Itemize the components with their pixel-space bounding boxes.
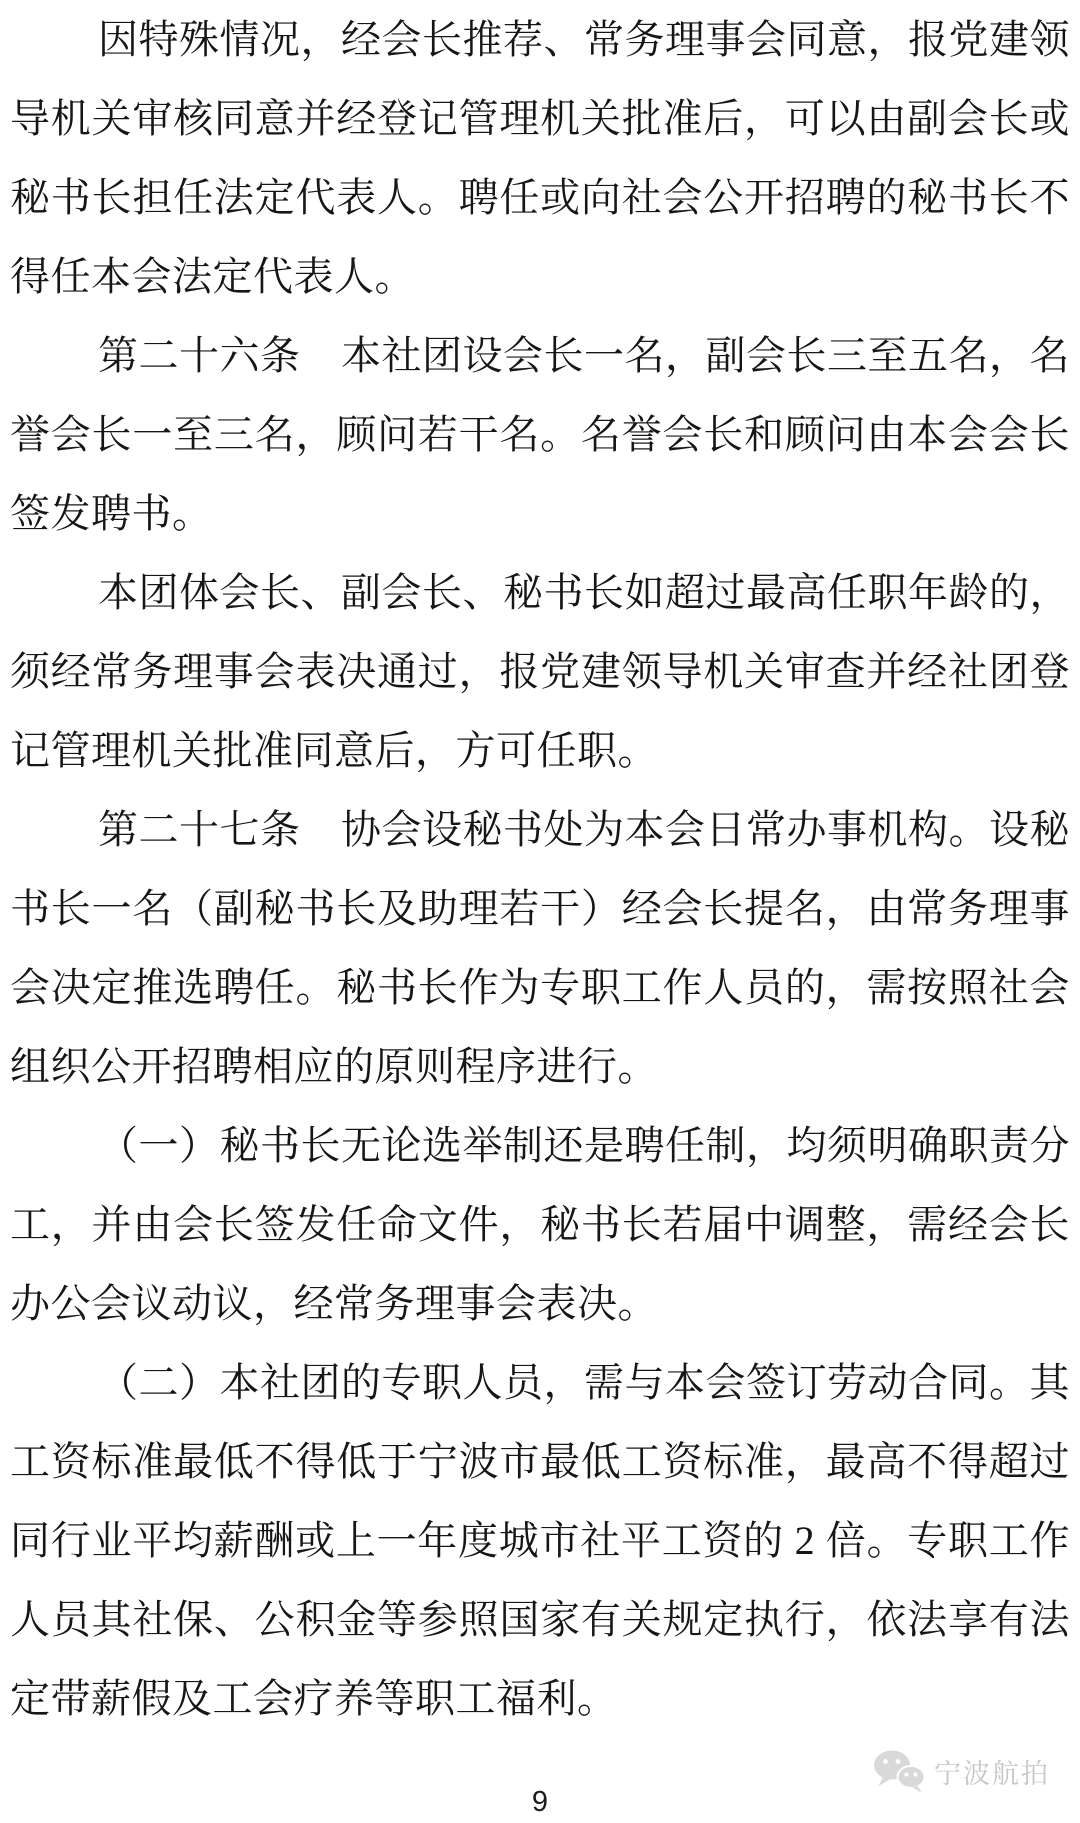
text-line: 因特殊情况，经会长推荐、常务理事会同意，报党建领 <box>10 0 1070 79</box>
text-line: （一）秘书长无论选举制还是聘任制，均须明确职责分 <box>10 1106 1070 1185</box>
document-body: 因特殊情况，经会长推荐、常务理事会同意，报党建领 导机关审核同意并经登记管理机关… <box>10 0 1070 1738</box>
text-line: 组织公开招聘相应的原则程序进行。 <box>10 1027 1070 1106</box>
text-line: 人员其社保、公积金等参照国家有关规定执行，依法享有法 <box>10 1580 1070 1659</box>
text-line: 签发聘书。 <box>10 474 1070 553</box>
text-line: 得任本会法定代表人。 <box>10 237 1070 316</box>
text-line: 第二十六条 本社团设会长一名，副会长三至五名，名 <box>10 316 1070 395</box>
text-line: 须经常务理事会表决通过，报党建领导机关审查并经社团登 <box>10 632 1070 711</box>
text-line: 同行业平均薪酬或上一年度城市社平工资的 2 倍。专职工作 <box>10 1501 1070 1580</box>
watermark-label: 宁波航拍 <box>934 1752 1050 1791</box>
text-line: 会决定推选聘任。秘书长作为专职工作人员的，需按照社会 <box>10 948 1070 1027</box>
page-number: 9 <box>0 1788 1080 1817</box>
text-line: 工资标准最低不得低于宁波市最低工资标准，最高不得超过 <box>10 1422 1070 1501</box>
text-line: 秘书长担任法定代表人。聘任或向社会公开招聘的秘书长不 <box>10 158 1070 237</box>
text-line: 定带薪假及工会疗养等职工福利。 <box>10 1659 1070 1738</box>
text-line: 本团体会长、副会长、秘书长如超过最高任职年龄的， <box>10 553 1070 632</box>
text-line: 誉会长一至三名，顾问若干名。名誉会长和顾问由本会会长 <box>10 395 1070 474</box>
text-line: 第二十七条 协会设秘书处为本会日常办事机构。设秘 <box>10 790 1070 869</box>
text-line: 书长一名（副秘书长及助理若干）经会长提名，由常务理事 <box>10 869 1070 948</box>
text-line: 导机关审核同意并经登记管理机关批准后，可以由副会长或 <box>10 79 1070 158</box>
text-line: 办公会议动议，经常务理事会表决。 <box>10 1264 1070 1343</box>
text-line: 记管理机关批准同意后，方可任职。 <box>10 711 1070 790</box>
text-line: （二）本社团的专职人员，需与本会签订劳动合同。其 <box>10 1343 1070 1422</box>
text-line: 工，并由会长签发任命文件，秘书长若届中调整，需经会长 <box>10 1185 1070 1264</box>
